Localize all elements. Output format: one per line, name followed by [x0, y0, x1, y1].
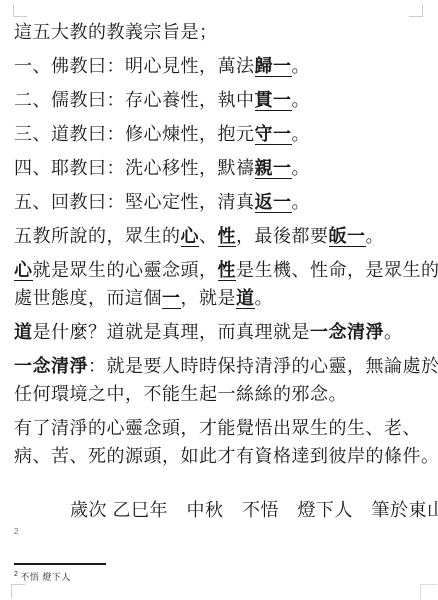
text-segment: 皈一: [329, 226, 366, 247]
paragraph-summary: 五教所說的，眾生的心、性，最後都要皈一。: [14, 222, 426, 250]
text-segment: 歸一: [255, 56, 292, 77]
text-segment: 五、回教曰：堅心定性，清真: [14, 192, 255, 212]
signature-line: 歲次 乙巳年 中秋 不悟 燈下人 筆於東山: [14, 496, 426, 524]
text-segment: 五教所說的，眾生的: [14, 226, 181, 246]
paragraph-item-2: 二、儒教曰：存心養性，執中貫一。: [14, 86, 426, 114]
text-segment: 有了清淨的心靈念頭，才能覺悟出眾生的生、老、: [14, 418, 421, 438]
text-segment: 這五大教的教義宗旨是；: [14, 22, 218, 42]
text-segment: 貫一: [255, 90, 292, 111]
paragraph-item-4: 四、耶教曰：洗心移性，默禱親一。: [14, 154, 426, 182]
footnote-marker: 2: [14, 571, 18, 578]
text-segment: 三、道教曰：修心煉性，抱元: [14, 124, 255, 144]
text-segment: 心: [14, 260, 33, 281]
text-segment: 。: [255, 288, 274, 308]
text-segment: 親一: [255, 158, 292, 179]
text-segment: 心: [181, 226, 200, 247]
text-segment: ，就是: [181, 288, 237, 308]
document-body: 這五大教的教義宗旨是； 一、佛教曰：明心見性，萬法歸一。 二、儒教曰：存心養性，…: [14, 18, 426, 537]
text-segment: 。: [292, 158, 311, 178]
crop-mark-top-left: [13, 4, 27, 17]
text-segment: 二、儒教曰：存心養性，執中: [14, 90, 255, 110]
footnote-reference: 2: [14, 527, 426, 537]
paragraph-tao: 道是什麼？道就是真理，而真理就是一念清淨。: [14, 318, 426, 346]
text-segment: 守一: [255, 124, 292, 145]
text-segment: 。: [292, 124, 311, 144]
text-segment: 就是眾生的心靈念頭，: [33, 260, 218, 280]
footnote-area: 2不悟 燈下人: [14, 563, 426, 583]
text-segment: 道: [14, 322, 33, 342]
crop-mark-top-right: [409, 4, 423, 17]
crop-mark-bottom-left: [11, 584, 25, 598]
text-segment: ：就是要人時時保持清淨的心靈，無論處於: [88, 356, 438, 376]
text-segment: 是什麼？道就是真理，而真理就是: [33, 322, 311, 342]
paragraph-item-3: 三、道教曰：修心煉性，抱元守一。: [14, 120, 426, 148]
text-segment: ，最後都要: [236, 226, 329, 246]
text-segment: 一念清淨: [310, 322, 384, 342]
footnote: 2不悟 燈下人: [14, 569, 426, 583]
text-segment: 、: [199, 226, 218, 246]
footnote-text: 不悟 燈下人: [20, 572, 71, 582]
text-segment: 四、耶教曰：洗心移性，默禱: [14, 158, 255, 178]
text-segment: 。: [366, 226, 385, 246]
text-segment: 。: [292, 90, 311, 110]
text-segment: 返一: [255, 192, 292, 213]
text-segment: 。: [292, 56, 311, 76]
document-page: 這五大教的教義宗旨是； 一、佛教曰：明心見性，萬法歸一。 二、儒教曰：存心養性，…: [0, 0, 438, 600]
text-segment: 任何環境之中，不能生起一絲絲的邪念。: [14, 384, 347, 404]
paragraph-item-1: 一、佛教曰：明心見性，萬法歸一。: [14, 52, 426, 80]
text-segment: 性: [218, 260, 237, 281]
text-segment: 道: [236, 288, 255, 309]
paragraph-heart-nature: 心就是眾生的心靈念頭，性是生機、性命，是眾生的處世態度，而這個一，就是道。: [14, 256, 426, 312]
crop-mark-bottom-right: [420, 584, 437, 599]
text-segment: 一念清淨: [14, 356, 88, 376]
text-segment: 。: [384, 322, 403, 342]
text-segment: 是生機、性命，是眾生的: [236, 260, 438, 280]
text-segment: 處世態度，而這個: [14, 288, 162, 308]
text-segment: 病、苦、死的源頭，如此才有資格達到彼岸的條件。: [14, 446, 438, 466]
text-segment: 一、佛教曰：明心見性，萬法: [14, 56, 255, 76]
footnote-separator: [14, 563, 106, 565]
paragraph-pure-thought: 一念清淨：就是要人時時保持清淨的心靈，無論處於任何環境之中，不能生起一絲絲的邪念…: [14, 352, 426, 408]
paragraph-item-5: 五、回教曰：堅心定性，清真返一。: [14, 188, 426, 216]
text-segment: 。: [292, 192, 311, 212]
text-segment: 性: [218, 226, 237, 247]
text-segment: 一: [162, 288, 181, 309]
paragraph-intro: 這五大教的教義宗旨是；: [14, 18, 426, 46]
paragraph-conclusion: 有了清淨的心靈念頭，才能覺悟出眾生的生、老、病、苦、死的源頭，如此才有資格達到彼…: [14, 414, 426, 470]
